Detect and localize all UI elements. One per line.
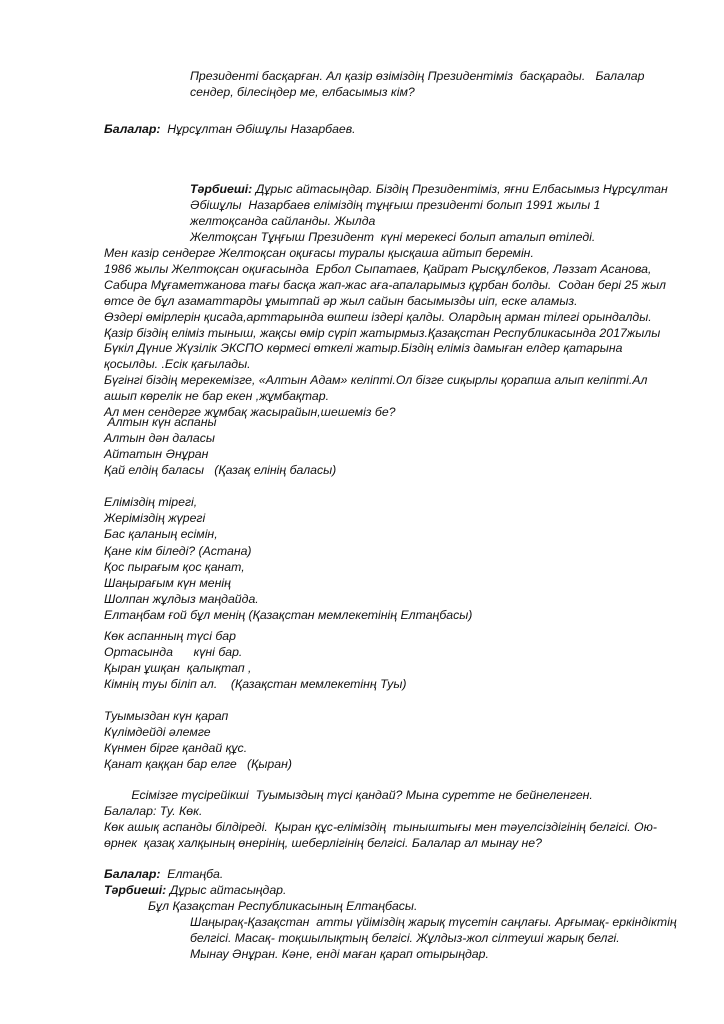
text-line: Алтын дән даласы xyxy=(104,430,215,446)
teacher-answer-2: Тәрбиеші: Дұрыс айтасыңдар. xyxy=(104,882,286,898)
text-line: Алтын күн аспаны xyxy=(104,414,217,430)
text-line: Еліміздің тірегі, xyxy=(104,494,197,510)
text-line: Елтаңбам ғой бұл менің (Қазақстан мемлек… xyxy=(104,607,472,623)
text-line: Айтатын Әнұран xyxy=(104,446,208,462)
text-line: Есімізге түсірейікші Туымыздың түсі қанд… xyxy=(104,787,593,803)
text-line: Көк аспанның түсі бар xyxy=(104,628,236,644)
text-line: Туымыздан күн қарап xyxy=(104,708,228,724)
emblem-line: Бұл Қазақстан Республикасының Елтаңбасы. xyxy=(148,898,417,914)
text-line: Бүгінгі біздің мерекемізге, «Алтын Адам»… xyxy=(104,372,647,388)
teacher-line: Әбішұлы Назарбаев еліміздің тұңғыш прези… xyxy=(190,197,600,213)
children-answer-1: Балалар: Нұрсұлтан Әбішұлы Назарбаев. xyxy=(104,121,356,137)
teacher-line: Тәрбиеші: Дұрыс айтасыңдар. Біздің Прези… xyxy=(190,181,668,197)
speaker-label: Балалар: xyxy=(104,122,160,136)
text-line: 1986 жылы Желтоқсан оқиғасында Ербол Сып… xyxy=(104,261,651,277)
text-line: қосылды. .Есік қағылады. xyxy=(104,356,251,372)
text-line: өрнек қазақ халқының өнерінің, шеберлігі… xyxy=(104,835,542,851)
text-line: Кімнің туы біліп ал. (Қазақстан мемлекет… xyxy=(104,676,406,692)
text-line: Шолпан жұлдыз маңдайда. xyxy=(104,591,259,607)
text-line: Қазір біздің еліміз тыныш, жақсы өмір сү… xyxy=(104,325,660,341)
teacher-line: Желтоқсан Тұңғыш Президент күні мерекесі… xyxy=(190,229,595,245)
intro-line: Президенті басқарған. Ал қазір өзіміздің… xyxy=(190,68,644,84)
text-line: Күлімдейді әлемге xyxy=(104,724,211,740)
speaker-label: Тәрбиеші: xyxy=(104,883,166,897)
text-line: Балалар: Ту. Көк. xyxy=(104,803,202,819)
speaker-label: Тәрбиеші: xyxy=(190,182,252,196)
text-line: Қыран ұшқан қалықтап , xyxy=(104,660,251,676)
text-line: Мынау Әнұран. Кәне, енді маған қарап оты… xyxy=(190,946,489,962)
text-line: Көк ашық аспанды білдіреді. Қыран құс-ел… xyxy=(104,819,657,835)
text-line: Жеріміздің жүрегі xyxy=(104,510,205,526)
text-line: Қанат қаққан бар елге (Қыран) xyxy=(104,756,292,772)
text-line: Шаңырағым күн менің xyxy=(104,575,231,591)
speaker-label: Балалар: xyxy=(104,867,160,881)
teacher-line: желтоқсанда сайланды. Жылда xyxy=(190,213,375,229)
text-line: ашып көрелік не бар екен ,жұмбақтар. xyxy=(104,388,329,404)
children-answer-2: Балалар: Елтаңба. xyxy=(104,866,223,882)
text-line: Бас қаланың есімін, xyxy=(104,526,218,542)
intro-line: сендер, білесіңдер ме, елбасымыз кім? xyxy=(190,84,415,100)
text-line: Қане кім біледі? (Астана) xyxy=(104,543,252,559)
teacher-text: Дұрыс айтасыңдар. xyxy=(166,883,286,897)
text-line: белгісі. Масақ- тоқшылықтың белгісі. Жұл… xyxy=(190,930,620,946)
answer-text: Елтаңба. xyxy=(160,867,223,881)
text-line: Өздері өмірлерін қисада,арттарында өшпеш… xyxy=(104,309,652,325)
text-line: Мен казір сендерге Желтоқсан оқиғасы тур… xyxy=(104,245,534,261)
text-line: Шаңырақ-Қазақстан атты үйіміздің жарық т… xyxy=(190,914,677,930)
text-line: Қос пырағым қос қанат, xyxy=(104,559,245,575)
text-line: Бүкіл Дүние Жүзілік ЭКСПО көрмесі өткелі… xyxy=(104,340,622,356)
text-line: Ортасында күні бар. xyxy=(104,644,242,660)
teacher-text: Дұрыс айтасыңдар. Біздің Президентіміз, … xyxy=(252,182,667,196)
text-line: өтсе де бұл азаматтарды ұмытпай әр жыл с… xyxy=(104,293,578,309)
text-line: Сабира Мұғаметжанова тағы басқа жап-жас … xyxy=(104,277,666,293)
text-line: Күнмен бірге қандай құс. xyxy=(104,740,247,756)
text-line: Қай елдің баласы (Қазақ елінің баласы) xyxy=(104,462,336,478)
answer-text: Нұрсұлтан Әбішұлы Назарбаев. xyxy=(160,122,355,136)
document-page: Президенті басқарған. Ал қазір өзіміздің… xyxy=(0,0,724,1024)
